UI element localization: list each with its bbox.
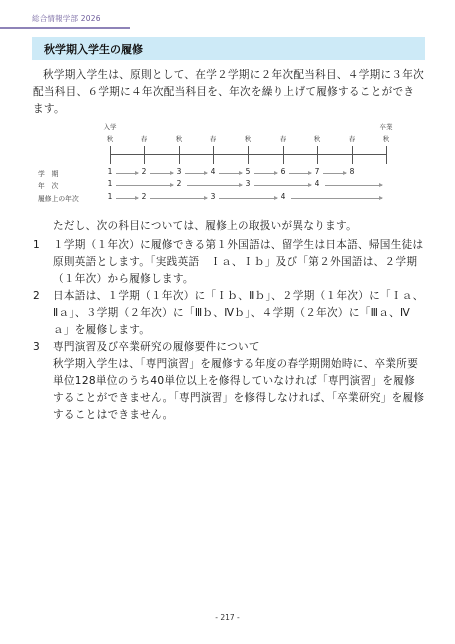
arrow	[325, 185, 382, 186]
note-item-text: 日本語は、１学期（１年次）に「Ｉｂ、Ⅱｂ」、２学期（１年次）に「Ｉａ、Ⅱａ」、３…	[53, 288, 425, 339]
arrow	[254, 173, 277, 174]
arrow	[219, 198, 277, 199]
arrow	[150, 198, 207, 199]
arrow	[150, 173, 173, 174]
arrow	[185, 173, 207, 174]
term-number: 3	[177, 167, 182, 176]
notes-intro: ただし、次の科目については、履修上の取扱いが異なります。	[53, 218, 425, 235]
arrow	[219, 173, 242, 174]
note-item-number: 1	[33, 237, 40, 254]
term-number: 6	[281, 167, 286, 176]
term-number: 5	[246, 167, 251, 176]
arrow	[116, 198, 138, 199]
course-year-number: 2	[142, 192, 147, 201]
season-label: 秋	[383, 134, 390, 143]
arrow	[187, 185, 242, 186]
season-label: 秋	[245, 134, 252, 143]
note-item-heading: 専門演習及び卒業研究の履修要件について	[53, 339, 425, 356]
term-number: 7	[315, 167, 320, 176]
term-number: 4	[211, 167, 216, 176]
graduation-label: 卒業	[380, 122, 393, 131]
season-label: 春	[210, 134, 217, 143]
timeline-tick	[248, 146, 249, 164]
season-label: 秋	[107, 134, 114, 143]
term-number: 2	[142, 167, 147, 176]
note-item-number: 3	[33, 339, 40, 356]
enrollment-label: 入学	[104, 122, 117, 131]
row-label-course-year: 履修上の年次	[38, 193, 79, 203]
timeline-tick	[317, 146, 318, 164]
arrow	[254, 185, 311, 186]
season-label: 春	[141, 134, 148, 143]
timeline-tick	[110, 146, 111, 164]
header-rule	[0, 27, 130, 29]
row-label-term: 学 期	[38, 168, 58, 178]
note-item-number: 2	[33, 288, 40, 305]
season-label: 秋	[314, 134, 321, 143]
arrow	[116, 173, 138, 174]
semester-timeline-diagram: 入学 卒業 秋 春 秋 春 秋 春 秋 春 秋 学 期 1 2 3 4 5 6 …	[0, 118, 455, 210]
note-item-text: １学期（１年次）に履修できる第１外国語は、留学生は日本語、帰国生徒は原則英語とし…	[53, 237, 425, 288]
year-number: 1	[108, 179, 113, 188]
timeline-tick	[179, 146, 180, 164]
term-number: 1	[108, 167, 113, 176]
timeline-tick	[386, 146, 387, 164]
timeline-tick	[283, 146, 284, 164]
timeline-tick	[213, 146, 214, 164]
arrow	[289, 173, 311, 174]
row-label-year: 年 次	[38, 180, 58, 190]
section-title-bar: 秋学期入学生の履修	[32, 37, 425, 60]
year-number: 2	[177, 179, 182, 188]
course-year-number: 1	[108, 192, 113, 201]
timeline-tick	[144, 146, 145, 164]
season-label: 春	[349, 134, 356, 143]
year-number: 4	[315, 179, 320, 188]
note-item-detail: 秋学期入学生は、「専門演習」を履修する年度の春学期開始時に、卒業所要単位128単…	[53, 356, 425, 424]
term-number: 8	[350, 167, 355, 176]
season-label: 秋	[176, 134, 183, 143]
course-year-number: 3	[211, 192, 216, 201]
page-header-department: 総合情報学部 2026	[32, 13, 101, 24]
season-label: 春	[280, 134, 287, 143]
page-number: - 217 -	[0, 613, 455, 622]
intro-paragraph: 秋学期入学生は、原則として、在学２学期に２年次配当科目、４学期に３年次配当科目、…	[33, 67, 425, 118]
year-number: 3	[246, 179, 251, 188]
timeline-tick	[352, 146, 353, 164]
arrow	[116, 185, 173, 186]
section-title: 秋学期入学生の履修	[44, 41, 143, 57]
arrow	[291, 198, 382, 199]
arrow	[323, 173, 346, 174]
course-year-number: 4	[281, 192, 286, 201]
